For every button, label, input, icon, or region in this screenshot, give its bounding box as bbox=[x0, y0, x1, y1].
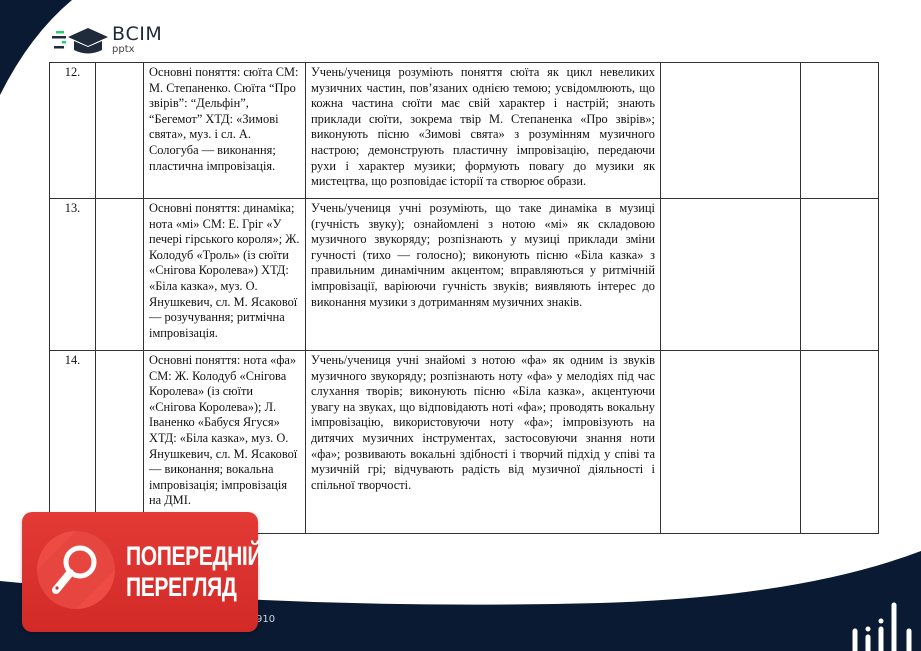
empty-cell bbox=[96, 63, 144, 199]
expected-results: Учень/учениця учні знайомі з нотою «фа» … bbox=[306, 351, 661, 534]
lesson-number: 14. bbox=[50, 351, 96, 534]
table-row: 13. Основні поняття: динаміка; нота «мі»… bbox=[50, 199, 879, 351]
equalizer-bars-icon bbox=[841, 571, 921, 651]
empty-cell bbox=[661, 63, 801, 199]
empty-cell bbox=[801, 63, 879, 199]
preview-label: ПОПЕРЕДНІЙ ПЕРЕГЛЯД bbox=[126, 541, 262, 603]
lesson-plan-table: 12. Основні поняття: сюїта СМ: М. Степан… bbox=[49, 62, 879, 534]
empty-cell bbox=[96, 351, 144, 534]
logo-title: ВСІМ bbox=[112, 25, 162, 44]
magnifier-icon bbox=[36, 530, 116, 610]
expected-results: Учень/учениця розуміють поняття сюїта як… bbox=[306, 63, 661, 199]
table-row: 12. Основні поняття: сюїта СМ: М. Степан… bbox=[50, 63, 879, 199]
lesson-topic: Основні поняття: динаміка; нота «мі» СМ:… bbox=[144, 199, 306, 351]
empty-cell bbox=[801, 351, 879, 534]
preview-badge[interactable]: ПОПЕРЕДНІЙ ПЕРЕГЛЯД bbox=[22, 512, 258, 632]
graduation-cap-icon bbox=[50, 23, 108, 57]
expected-results: Учень/учениця учні розуміють, що таке ди… bbox=[306, 199, 661, 351]
page-number: 910 bbox=[256, 614, 275, 625]
preview-label-line1: ПОПЕРЕДНІЙ bbox=[126, 541, 262, 572]
empty-cell bbox=[801, 199, 879, 351]
lesson-topic: Основні поняття: сюїта СМ: М. Степаненко… bbox=[144, 63, 306, 199]
lesson-number: 13. bbox=[50, 199, 96, 351]
empty-cell bbox=[661, 351, 801, 534]
preview-label-line2: ПЕРЕГЛЯД bbox=[126, 572, 262, 603]
table-row: 14. Основні поняття: нота «фа» СМ: Ж. Ко… bbox=[50, 351, 879, 534]
logo-subtitle: pptx bbox=[112, 45, 162, 55]
logo: ВСІМ pptx bbox=[50, 22, 162, 58]
empty-cell bbox=[96, 199, 144, 351]
lesson-number: 12. bbox=[50, 63, 96, 199]
lesson-topic: Основні поняття: нота «фа» СМ: Ж. Колоду… bbox=[144, 351, 306, 534]
empty-cell bbox=[661, 199, 801, 351]
